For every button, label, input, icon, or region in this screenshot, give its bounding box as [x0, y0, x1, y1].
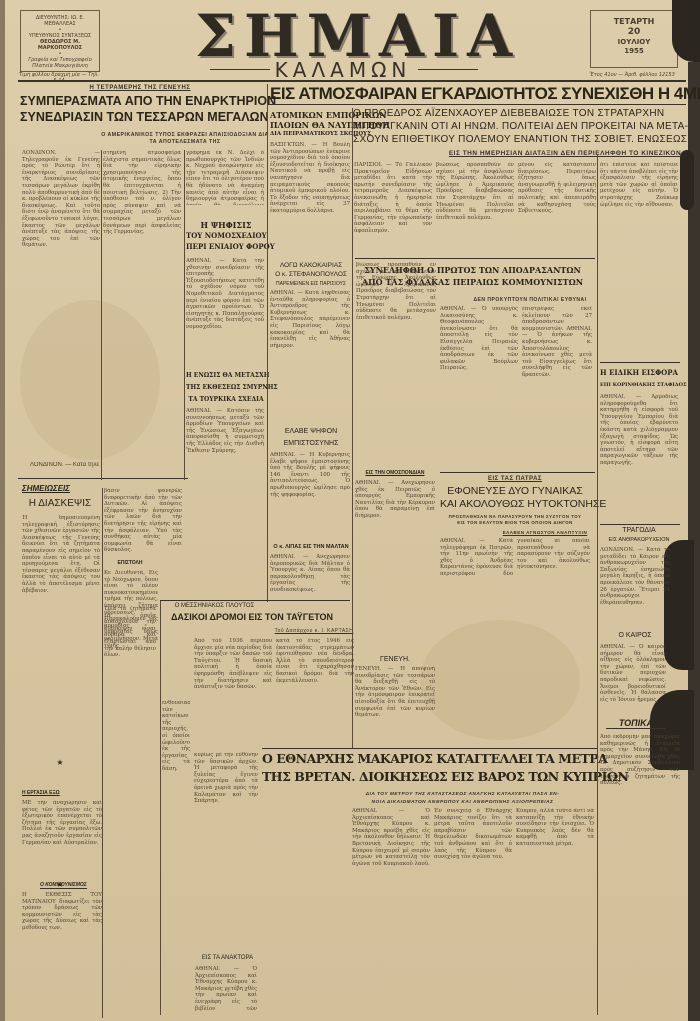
masthead-subtitle: ΚΑΛΑΜΩΝ [268, 58, 418, 82]
masthead-title: ΣΗΜΑΙΑ [195, 6, 505, 66]
fourday-body-col2: βιώσεως προσπαθοῦν ἐν σχέσει μὲ τὴν ἀσφά… [436, 162, 514, 252]
patras-deck-1: ΠΡΟΣΠΑΘΗΣΑΝ ΝΑ ΠΑΡΑΣΥΡΟΥΝ ΤΗΝ ΣΥΖΥΓΟΝ ΤΟ… [440, 514, 590, 519]
weather-minister-headline-2: Ο κ. ΣΤΕΦΑΝΟΠΟΥΛΟΣ [270, 271, 352, 278]
torn-corner [672, 0, 700, 62]
section-rule [262, 748, 598, 749]
tax-headline-2: ΤΟΥ ΝΟΜΟΣΧΕΔΙΟΥ [186, 231, 266, 240]
separator-star: ★ [20, 758, 100, 767]
communism-headline: Ο ΚΟΜΜΟΥΝΙΣΜΟΣ [40, 882, 87, 889]
mine-headline-2: ΕΙΣ ΑΝΘΡΑΚΩΡΥΧΕΙΟΝ [600, 537, 678, 543]
taygetos-kicker: Ο ΜΕΣΣΗΝΙΑΚΟΣ ΠΛΟΥΤΟΣ [162, 603, 267, 609]
geneva-body-col2: στημένη ἀτμοσφαίρα ἐλάχιστα σημαντικὰς ὅ… [103, 150, 181, 262]
weather-body: ΑΘΗΝΑΙ. — Ὁ καιρὸς σήμερον θὰ εἶναι αἴθρ… [600, 644, 666, 704]
column-rule [160, 600, 161, 1015]
local-news-headline: ΤΟΠΙΚΑ [606, 718, 666, 729]
work-abroad-body: ΜΕ τὴν ἀναχώρησιν καὶ φέτος τῶν ἐργατῶν … [22, 800, 102, 880]
palace-body: ΑΘΗΝΑΙ. — Ὁ Ἀρχιεπίσκοπος καὶ Ἐθνάρχης Κ… [195, 966, 257, 1011]
fourday-deck-2: ΜΠΟΥΛΓΚΑΝΙΝ ΟΤΙ ΑΙ ΗΝΩΜ. ΠΟΛΙΤΕΙΑΙ ΔΕΝ Π… [353, 121, 688, 132]
geneva-brief-body: ΓΕΝΕΥΗ. — Ἡ ἀποψινὴ συνεδρίασις τῶν τεσσ… [355, 666, 435, 746]
masthead-date-box: ΤΕΤΑΡΤΗ 20 ΙΟΥΛΙΟΥ 1955 [590, 10, 678, 68]
work-abroad-headline: Η ΕΡΓΑΣΙΑ ΕΞΩ [22, 790, 60, 796]
patras-subhead: ΕΛΑΒΕΝ ΑΓΝΩΣΤΟΝ ΑΝΑΠΤΥΞΙΝ [500, 530, 590, 535]
headline-rule [268, 104, 686, 105]
makarios-body-col2: Ἐν συνεχείᾳ ὁ Ἐθνάρχης Μακάριος τονίζει … [434, 808, 512, 1018]
geneva-headline-2: ΣΥΝΕΔΡΙΑΣΙΝ ΤΩΝ ΤΕΣΣΑΡΩΝ ΜΕΓΑΛΩΝ [20, 110, 260, 124]
date-number: 20 [591, 27, 677, 38]
masthead-rule [18, 80, 686, 82]
escape-subhead: ΔΕΝ ΠΡΟΚΥΠΤΟΥΝ ΠΟΛΙΤΙΚΑΙ ΕΥΘΥΝΑΙ [470, 297, 590, 303]
fourday-body-col4: ὅτι ἐπίστευε καὶ ἐπίστευε ὅτι πάντα ἀποβ… [600, 162, 678, 342]
weather-headline: Ο ΚΑΙΡΟΣ [600, 632, 670, 639]
communism-body: Η ΕΚΘΕΣΙΣ ΤΟΥ ΜΑΤΙΝΑΙΟΥ διαφωτίζει τὸν τ… [22, 892, 102, 1017]
address-line: Πλατεία Μακρυγιάννη [23, 63, 97, 69]
subtitle-rule-left [210, 69, 270, 70]
tax-headline-3: ΠΕΡΙ ΕΝΙΑΙΟΥ ΦΟΡΟΥ [186, 242, 266, 251]
section-rule [600, 362, 680, 363]
column-rule [597, 155, 598, 1015]
atomic-body: ΒΑΣΙΓΚΤΩΝ. — Ἡ Βουλὴ τῶν Ἀντιπροσώπων ἐν… [270, 142, 350, 252]
fourday-deck-1: Ο ΠΡΟΕΔΡΟΣ ΑΪΖΕΝΧΑΟΥΕΡ ΔΙΕΒΕΒΑΙΩΣΕ ΤΟΝ Σ… [353, 108, 664, 119]
patras-headline-1: ΕΦΟΝΕΥΣΕ ΔΥΟ ΓΥΝΑΙΚΑΣ [440, 485, 590, 497]
federation-headline: ΕΙΣ ΤΗΝ ΟΜΟΣΠΟΝΔΙΑΝ [355, 470, 435, 476]
palace-headline: ΕΙΣ ΤΑ ΑΝΑΚΤΟΡΑ [195, 955, 260, 961]
fourday-subhead: ΕΙΣ ΤΗΝ ΗΜΕΡΗΣΙΑΝ ΔΙΑΤΑΞΙΝ ΔΕΝ ΠΕΡΙΕΛΗΦΘ… [440, 150, 690, 157]
section-rule [440, 472, 595, 473]
makarios-deck-2: ΝΟΙΑ ΔΙΚΑΙΩΜΑΤΩΝ ΑΝΘΡΩΠΟΥ ΚΑΙ ΑΝΘΡΩΠΙΝΗΣ… [330, 800, 595, 805]
letter-body: Κε Διευθυντά, Εἰς τὸ Νεόχωρον, ὅπου εἶνα… [104, 570, 158, 750]
escape-body-col1: ΑΘΗΝΑΙ. — Ὁ ὑπουργὸς Δικαιοσύνης κ. Θεοφ… [440, 306, 518, 446]
mine-headline-1: ΤΡΑΓΩΔΙΑ [600, 527, 678, 534]
section-rule [160, 600, 350, 601]
smyrna-body: ΑΘΗΝΑΙ. — Κατόπιν τῆς συνεννοήσεως μεταξ… [186, 408, 264, 478]
atomic-headline-2: ΠΛΟΙΩΝ ΘΑ ΝΑΥΠΗΓΗΘΗ [270, 120, 352, 130]
geneva-dateline: ΛΟΝΔΙΝΟΝ. — Κατὰ τηλε [30, 462, 150, 469]
subtitle-rule-right [418, 69, 478, 70]
lipas-headline: Ο κ. ΛΙΠΑΣ ΕΙΣ ΤΗΝ ΜΑΛΤΑΝ [270, 544, 352, 550]
geneva-body-col3: γράφημα ἐκ Ν. Δελχὶ ὁ πρωθυπουργὸς τῶν Ἰ… [186, 150, 264, 205]
mine-body: ΛΟΝΔΙΝΟΝ. — Κατὰ τὸ μεταδίδει τὸ Κάιρον … [600, 547, 670, 627]
left-edge [0, 0, 5, 1021]
smyrna-headline-3: ΤΑ ΤΟΥΡΚΙΚΑ ΣΧΕΔΙΑ [186, 396, 266, 403]
fourday-body-col3: μένου εἰς κατάστασιν διαιρέσεως. Περαιτέ… [518, 162, 596, 252]
fourday-body-col1: ΠΑΡΙΣΙΟΙ. — Τὸ Γαλλικὸν Πρακτορεῖον Εἰδή… [354, 162, 432, 252]
confidence-headline-1: ΕΛΑΒΕ ΨΗΦΟΝ [270, 428, 352, 435]
taygetos-headline: ΔΑΣΙΚΟΙ ΔΡΟΜΟΙ ΕΙΣ ΤΟΝ ΤΑΫΓΕΤΟΝ [162, 612, 342, 622]
makarios-body-col3: Κύπρου, ἀλλὰ τοῦτο ἀντί νὰ καταπνίξῃ τὴν… [516, 808, 594, 1018]
makarios-headline-2: ΤΗΣ ΒΡΕΤΑΝ. ΔΙΟΙΚΗΣΕΩΣ ΕΙΣ ΒΑΡΟΣ ΤΩΝ ΚΥΠ… [262, 769, 598, 784]
column-rule [101, 150, 102, 480]
patras-headline-2: ΚΑΙ ΑΚΟΛΟΥΘΩΣ ΗΥΤΟΚΤΟΝΗΣΕ [440, 498, 590, 510]
price-line: Τιμή φύλλου δραχμή μία — Τηλ. 5.14 [18, 72, 100, 84]
date-year: 1955 [591, 47, 677, 56]
masthead-left-box: ΔΙΕΥΘΥΝΤΗΣ: ΙΩ. Ε. ΜΕΘΑΛΛΕΑΣ • ΥΠΕΥΘΥΝΟΣ… [20, 10, 100, 72]
column-rule [267, 84, 268, 602]
editor-name: ΘΕΟΔΩΡΟΣ Μ. ΜΑΡΚΟΠΟΥΛΟΣ [23, 39, 97, 51]
section-rule [18, 478, 188, 479]
levy-headline-2: ΕΠΙ ΚΟΡΙΝΘΙΑΚΗΣ ΣΤΑΦΙΔΟΣ [600, 382, 678, 388]
column-rule [102, 488, 103, 1018]
tax-headline-1: Η ΨΗΦΙΣΙΣ [186, 220, 266, 230]
fourday-deck-3: ΣΧΟΥΝ ΕΠΙΘΕΤΙΚΟΥ ΠΟΛΕΜΟΥ ΕΝΑΝΤΙΟΝ ΤΗΣ ΣΟ… [353, 134, 687, 145]
makarios-deck-1: ΔΙΑ ΤΟΥ ΜΕΤΡΟΥ ΤΗΣ ΚΑΤΑΣΤΑΣΕΩΣ ΑΝΑΓΚΗΣ Κ… [330, 792, 595, 797]
smyrna-headline-1: Η ΕΝΩΣΙΣ ΘΑ ΜΕΤΑΣΧΗ [186, 372, 266, 379]
geneva-headline-1: ΣΥΜΠΕΡΑΣΜΑΤΑ ΑΠΟ ΤΗΝ ΕΝΑΡΚΤΗΡΙΟΝ [20, 94, 260, 108]
notes-headline: Η ΔΙΑΣΚΕΨΙΣ [22, 498, 98, 509]
smyrna-headline-2: ΤΗΣ ΕΚΘΕΣΕΩΣ ΣΜΥΡΝΗΣ [186, 384, 266, 391]
geneva-subhead: Ο ΑΜΕΡΙΚΑΝΙΚΟΣ ΤΥΠΟΣ ΕΚΦΡΑΖΕΙ ΑΠΑΙΣΙΟΔΟΞ… [100, 132, 270, 146]
patras-deck-2: ΕΙΣ ΤΟΝ ΕΚΛΥΤΟΝ ΒΙΟΝ ΤΟΝ ΟΠΟΙΟΝ ΔΙΗΓΟΝ [440, 520, 590, 525]
section-rule [355, 258, 595, 259]
atomic-headline-3: ΔΙΑ ΠΕΙΡΑΜΑΤΙΚΟΥΣ ΣΚΟΠΟΥΣ [270, 131, 352, 137]
escape-body-col2: ἐπιστρέψας ἐκεῖ ἐκλείπουν τῶν 27 ἀποδρασ… [522, 306, 592, 446]
section-rule [600, 524, 680, 525]
taygetos-body-col3: κυρίως μὲ τὴν εὐθύνην τῶν δασικῶν ἀρχῶν.… [194, 752, 258, 962]
notes-label: ΣΗΜΕΙΩΣΕΙΣ [22, 484, 70, 493]
date-month: ΙΟΥΛΙΟΥ [591, 38, 677, 47]
confidence-headline-2: ΕΜΠΙΣΤΟΣΥΝΗΣ [270, 440, 352, 447]
column-rule [352, 108, 353, 748]
fourday-continuation: βιώσεως προσπαθοῦν ἐν σχέσει μὲ τὴν ἀσφά… [356, 262, 436, 472]
fourday-headline: ΕΙΣ ΑΤΜΟΣΦΑΙΡΑΝ ΕΓΚΑΡΔΙΟΤΗΤΟΣ ΣΥΝΕΧΙΣΘΗ … [270, 84, 690, 104]
issue-line: Ἔτος 41ον — Ἀριθ. φύλλου 12153 [584, 72, 680, 78]
director-line: ΔΙΕΥΘΥΝΤΗΣ: ΙΩ. Ε. ΜΕΘΑΛΛΕΑΣ [23, 15, 97, 27]
geneva-body-col1: ΛΟΝΔΙΝΟΝ. — Τηλεγραφοῦν ἐκ Γενεύης πρὸς … [22, 150, 100, 420]
makarios-body-col1: ΑΘΗΝΑΙ. — Ὁ Ἀρχιεπίσκοπος καὶ Ἐθνάρχης Κ… [352, 808, 430, 1018]
lipas-body: ΑΘΗΝΑΙ. — Ἀνεχώρησεν ἀεροπορικῶς διὰ Μάλ… [270, 554, 350, 610]
levy-headline-1: Η ΕΙΔΙΚΗ ΕΙΣΦΟΡΑ [600, 368, 678, 377]
weather-minister-body: ΑΘΗΝΑΙ. — Κατὰ ληφθείσας ἐνταῦθα πληροφο… [270, 290, 350, 415]
makarios-headline-1: Ο ΕΘΝΑΡΧΗΣ ΜΑΚΑΡΙΟΣ ΚΑΤΑΓΓΕΛΛΕΙ ΤΑ ΜΕΤΡΑ [262, 751, 598, 766]
taygetos-body-col1: Ἀπὸ τοῦ 1936 περίπου ἄρχισε μία νέα περί… [194, 638, 272, 748]
confidence-body: ΑΘΗΝΑΙ. — Ἡ Κυβέρνησις ἔλαβε ψῆφον ἐμπισ… [270, 452, 350, 540]
taygetos-body-col4: ἐνθουσιασμὸν τῶν κατοίκων τῆς περιοχῆς, … [162, 700, 190, 1010]
notes-body-col1: Ἡ δημοσιευομένη τηλεγραφικὴ ἐξιστόρησις … [22, 515, 100, 745]
patras-body: ΑΘΗΝΑΙ. — Κατὰ τηλεγράφημα ἐκ Πατρῶν, τὴ… [440, 538, 590, 648]
date-day: ΤΕΤΑΡΤΗ [591, 17, 677, 27]
weather-minister-headline-3: ΠΑΡΕΜΕΙΝΕΝ ΕΙΣ ΠΑΡΙΣΙΟΥΣ [270, 281, 352, 287]
tax-body: ΑΘΗΝΑΙ. — Κατὰ τὴν χθεσινὴν συνεδρίασιν … [186, 258, 264, 353]
federation-body: ΑΘΗΝΑΙ. — Ἀνεχώρησεν χθὲς ἐκ Πειραιῶς ὁ … [355, 480, 435, 650]
taygetos-body-col2: κατὰ τὸ ἔτος 1946 εἰς ἑκατοντάδας στρεμμ… [276, 638, 354, 748]
atomic-headline-1: ΑΤΟΜΙΚΩΝ ΕΜΠΟΡΙΚΩΝ [270, 110, 352, 120]
column-rule [184, 150, 185, 480]
letter-headline: ΕΠΙΣΤΟΛΗ [104, 560, 156, 566]
patras-kicker: ΕΙΣ ΤΑΣ ΠΑΤΡΑΣ [440, 476, 590, 482]
geneva-kicker: Η ΤΕΤΡΑΜΕΡΗΣ ΤΗΣ ΓΕΝΕΥΗΣ [20, 85, 260, 91]
taygetos-byline: Τοῦ Δασάρχου κ. Ι. ΚΑΡΤΑΣΗ [270, 628, 358, 634]
weather-minister-headline-1: ΛΟΓΩ ΚΑΚΟΚΑΙΡΙΑΣ [270, 262, 352, 269]
levy-body: ΑΘΗΝΑΙ. — Ἀρμοδίως πληροφορούμεθα ὅτι κα… [600, 394, 678, 524]
torn-edge [680, 150, 694, 210]
geneva-brief-headline: ΓΕΝΕΥΗ. [355, 656, 435, 663]
